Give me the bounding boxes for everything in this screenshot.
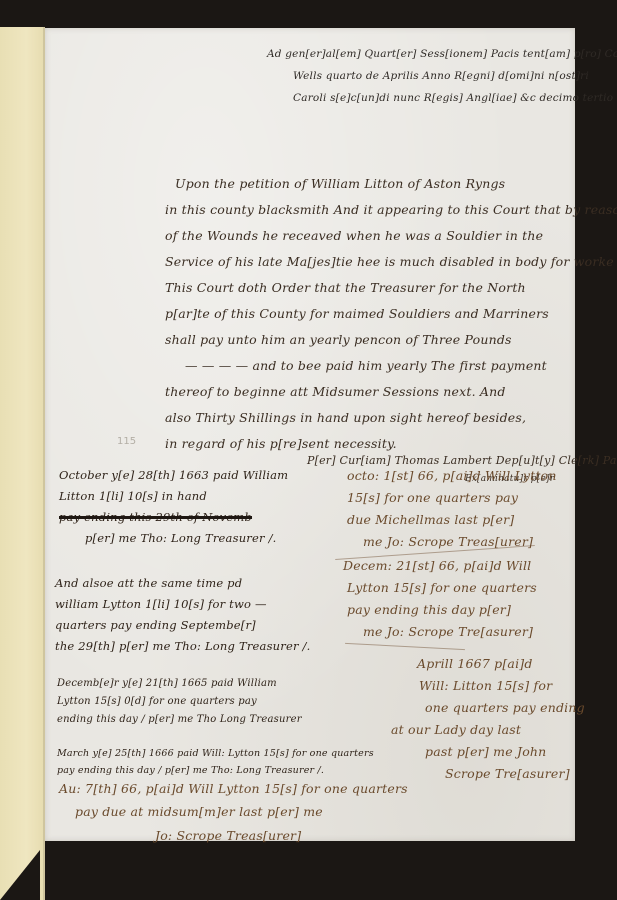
- receipt-line: Aprill 1667 p[ai]d: [417, 656, 533, 671]
- receipt-line: due Michellmas last p[er]: [347, 512, 514, 527]
- receipt-line: william Lytton 1[li] 10[s] for two —: [55, 597, 267, 611]
- binding-stub: [0, 27, 44, 900]
- heading-line: Caroli s[e]c[un]di nunc R[egis] Angl[iae…: [293, 92, 613, 104]
- order-line: This Court doth Order that the Treasurer…: [165, 280, 526, 295]
- receipt-line: March y[e] 25[th] 1666 paid Will: Lytton…: [57, 748, 374, 759]
- receipt-line: at our Lady day last: [391, 722, 521, 737]
- order-line: in regard of his p[re]sent necessity.: [165, 436, 397, 451]
- receipt-line: me Jo: Scrope Tre[asurer]: [363, 624, 533, 639]
- receipt-line: pay ending this day / p[er] me Tho: Long…: [57, 765, 324, 776]
- order-line: p[ar]te of this County for maimed Souldi…: [165, 306, 549, 321]
- receipt-line: Lytton 15[s] 0[d] for one quarters pay: [57, 696, 257, 707]
- receipt-line: And alsoe att the same time pd: [55, 576, 242, 590]
- receipt-line-struck: pay ending this 29th of Novemb: [59, 510, 252, 524]
- order-line: of the Wounds he receaved when he was a …: [165, 228, 543, 243]
- receipt-line: octo: 1[st] 66, p[ai]d Will Lytton: [347, 468, 557, 483]
- receipt-line: 15[s] for one quarters pay: [347, 490, 518, 505]
- clerk-signature: P[er] Cur[iam] Thomas Lambert Dep[u]t[y]…: [307, 454, 617, 467]
- receipt-line: Will: Litton 15[s] for: [419, 678, 552, 693]
- heading-line: Ad gen[er]al[em] Quart[er] Sess[ionem] P…: [267, 48, 617, 60]
- receipt-line: pay due at midsum[m]er last p[er] me: [75, 804, 323, 819]
- receipt-line: Decemb[e]r y[e] 21[th] 1665 paid William: [57, 678, 277, 689]
- receipt-line: ending this day / p[er] me Tho Long Trea…: [57, 714, 302, 725]
- receipt-line: one quarters pay ending: [425, 700, 585, 715]
- receipt-line: p[er] me Tho: Long Treasurer /.: [85, 531, 277, 545]
- receipt-line: October y[e] 28[th] 1663 paid William: [59, 468, 288, 482]
- order-line: Upon the petition of William Litton of A…: [175, 176, 505, 191]
- heading-line: Wells quarto de Aprilis Anno R[egni] d[o…: [293, 70, 589, 82]
- order-line: thereof to beginne att Midsumer Sessions…: [165, 384, 506, 399]
- order-line: also Thirty Shillings in hand upon sight…: [165, 410, 526, 425]
- receipt-line: Au: 7[th] 66, p[ai]d Will Lytton 15[s] f…: [59, 781, 408, 796]
- order-line: Service of his late Ma[jes]tie hee is mu…: [165, 254, 614, 269]
- order-line: shall pay unto him an yearly pencon of T…: [165, 332, 512, 347]
- folio-number: 115: [117, 436, 136, 447]
- order-line: in this county blacksmith And it appeari…: [165, 202, 617, 217]
- manuscript-leaf: Ad gen[er]al[em] Quart[er] Sess[ionem] P…: [45, 28, 575, 841]
- order-line: — — — — and to bee paid him yearly The f…: [185, 358, 547, 373]
- receipt-line: the 29[th] p[er] me Tho: Long Treasurer …: [55, 639, 310, 653]
- receipt-line: quarters pay ending Septembe[r]: [55, 618, 256, 632]
- receipt-line: Jo: Scrope Treas[urer]: [155, 828, 301, 843]
- receipt-line: Litton 1[li] 10[s] in hand: [59, 489, 207, 503]
- receipt-line: past p[er] me John: [425, 744, 546, 759]
- receipt-line: Decem: 21[st] 66, p[ai]d Will: [343, 558, 531, 573]
- receipt-line: pay ending this day p[er]: [347, 602, 511, 617]
- receipt-line: Lytton 15[s] for one quarters: [347, 580, 537, 595]
- receipt-line: Scrope Tre[asurer]: [445, 766, 570, 781]
- column-divider-swash: [345, 643, 465, 650]
